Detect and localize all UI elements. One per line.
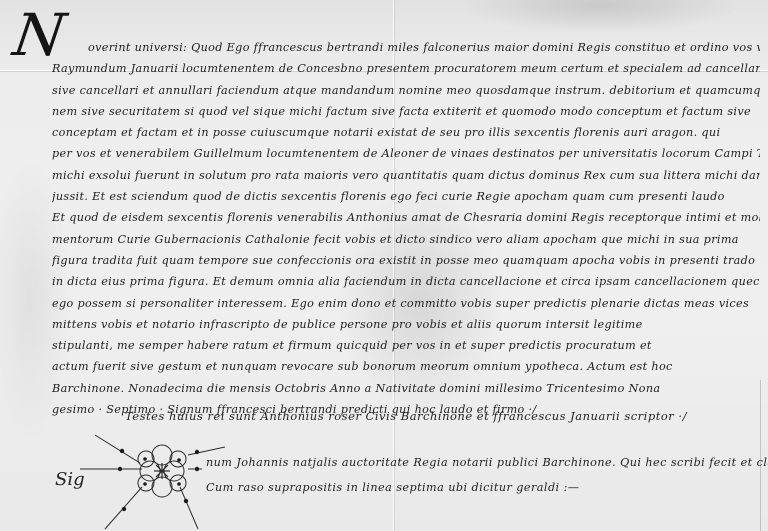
text-line-17: Barchinone. Nonadecima die mensis Octobr… bbox=[52, 378, 760, 399]
text-line-11: figura tradita fuit quam tempore sue con… bbox=[52, 250, 760, 271]
text-line-6: per vos et venerabilem Guillelmum locumt… bbox=[52, 143, 760, 164]
text-line-4: nem sive securitatem si quod vel sique m… bbox=[52, 101, 760, 122]
text-line-5: conceptam et factam et in posse cuiuscum… bbox=[52, 122, 760, 143]
notary-subscription-line-1: num Johannis natjalis auctoritate Regia … bbox=[206, 456, 768, 469]
text-line-1: overint universi: Quod Ego ffrancescus b… bbox=[52, 37, 760, 58]
notary-subscription-line-2: Cum raso suprapositis in linea septima u… bbox=[206, 481, 579, 494]
text-line-16: actum fuerit sive gestum et nunquam revo… bbox=[52, 356, 760, 377]
manuscript-page: N overint universi: Quod Ego ffrancescus… bbox=[0, 0, 768, 531]
text-line-3: sive cancellari et annullari faciendum a… bbox=[52, 80, 760, 101]
text-line-12: in dicta eius prima figura. Et demum omn… bbox=[52, 271, 760, 292]
text-line-7: michi exsolui fuerunt in solutum pro rat… bbox=[52, 165, 760, 186]
charter-body: overint universi: Quod Ego ffrancescus b… bbox=[52, 37, 760, 420]
text-line-9: Et quod de eisdem sexcentis florenis ven… bbox=[52, 207, 760, 228]
witnesses-line: Testes huius rei sunt Anthonius roser Ci… bbox=[125, 409, 687, 423]
text-line-8: jussit. Et est sciendum quod de dictis s… bbox=[52, 186, 760, 207]
notarial-signum-icon bbox=[80, 425, 230, 531]
text-line-13: ego possem si personaliter interessem. E… bbox=[52, 293, 760, 314]
text-line-2: Raymundum Januarii locumtenentem de Conc… bbox=[52, 58, 760, 79]
text-line-14: mittens vobis et notario infrascripto de… bbox=[52, 314, 760, 335]
text-line-15: stipulanti, me semper habere ratum et fi… bbox=[52, 335, 760, 356]
text-line-10: mentorum Curie Gubernacionis Cathalonie … bbox=[52, 229, 760, 250]
